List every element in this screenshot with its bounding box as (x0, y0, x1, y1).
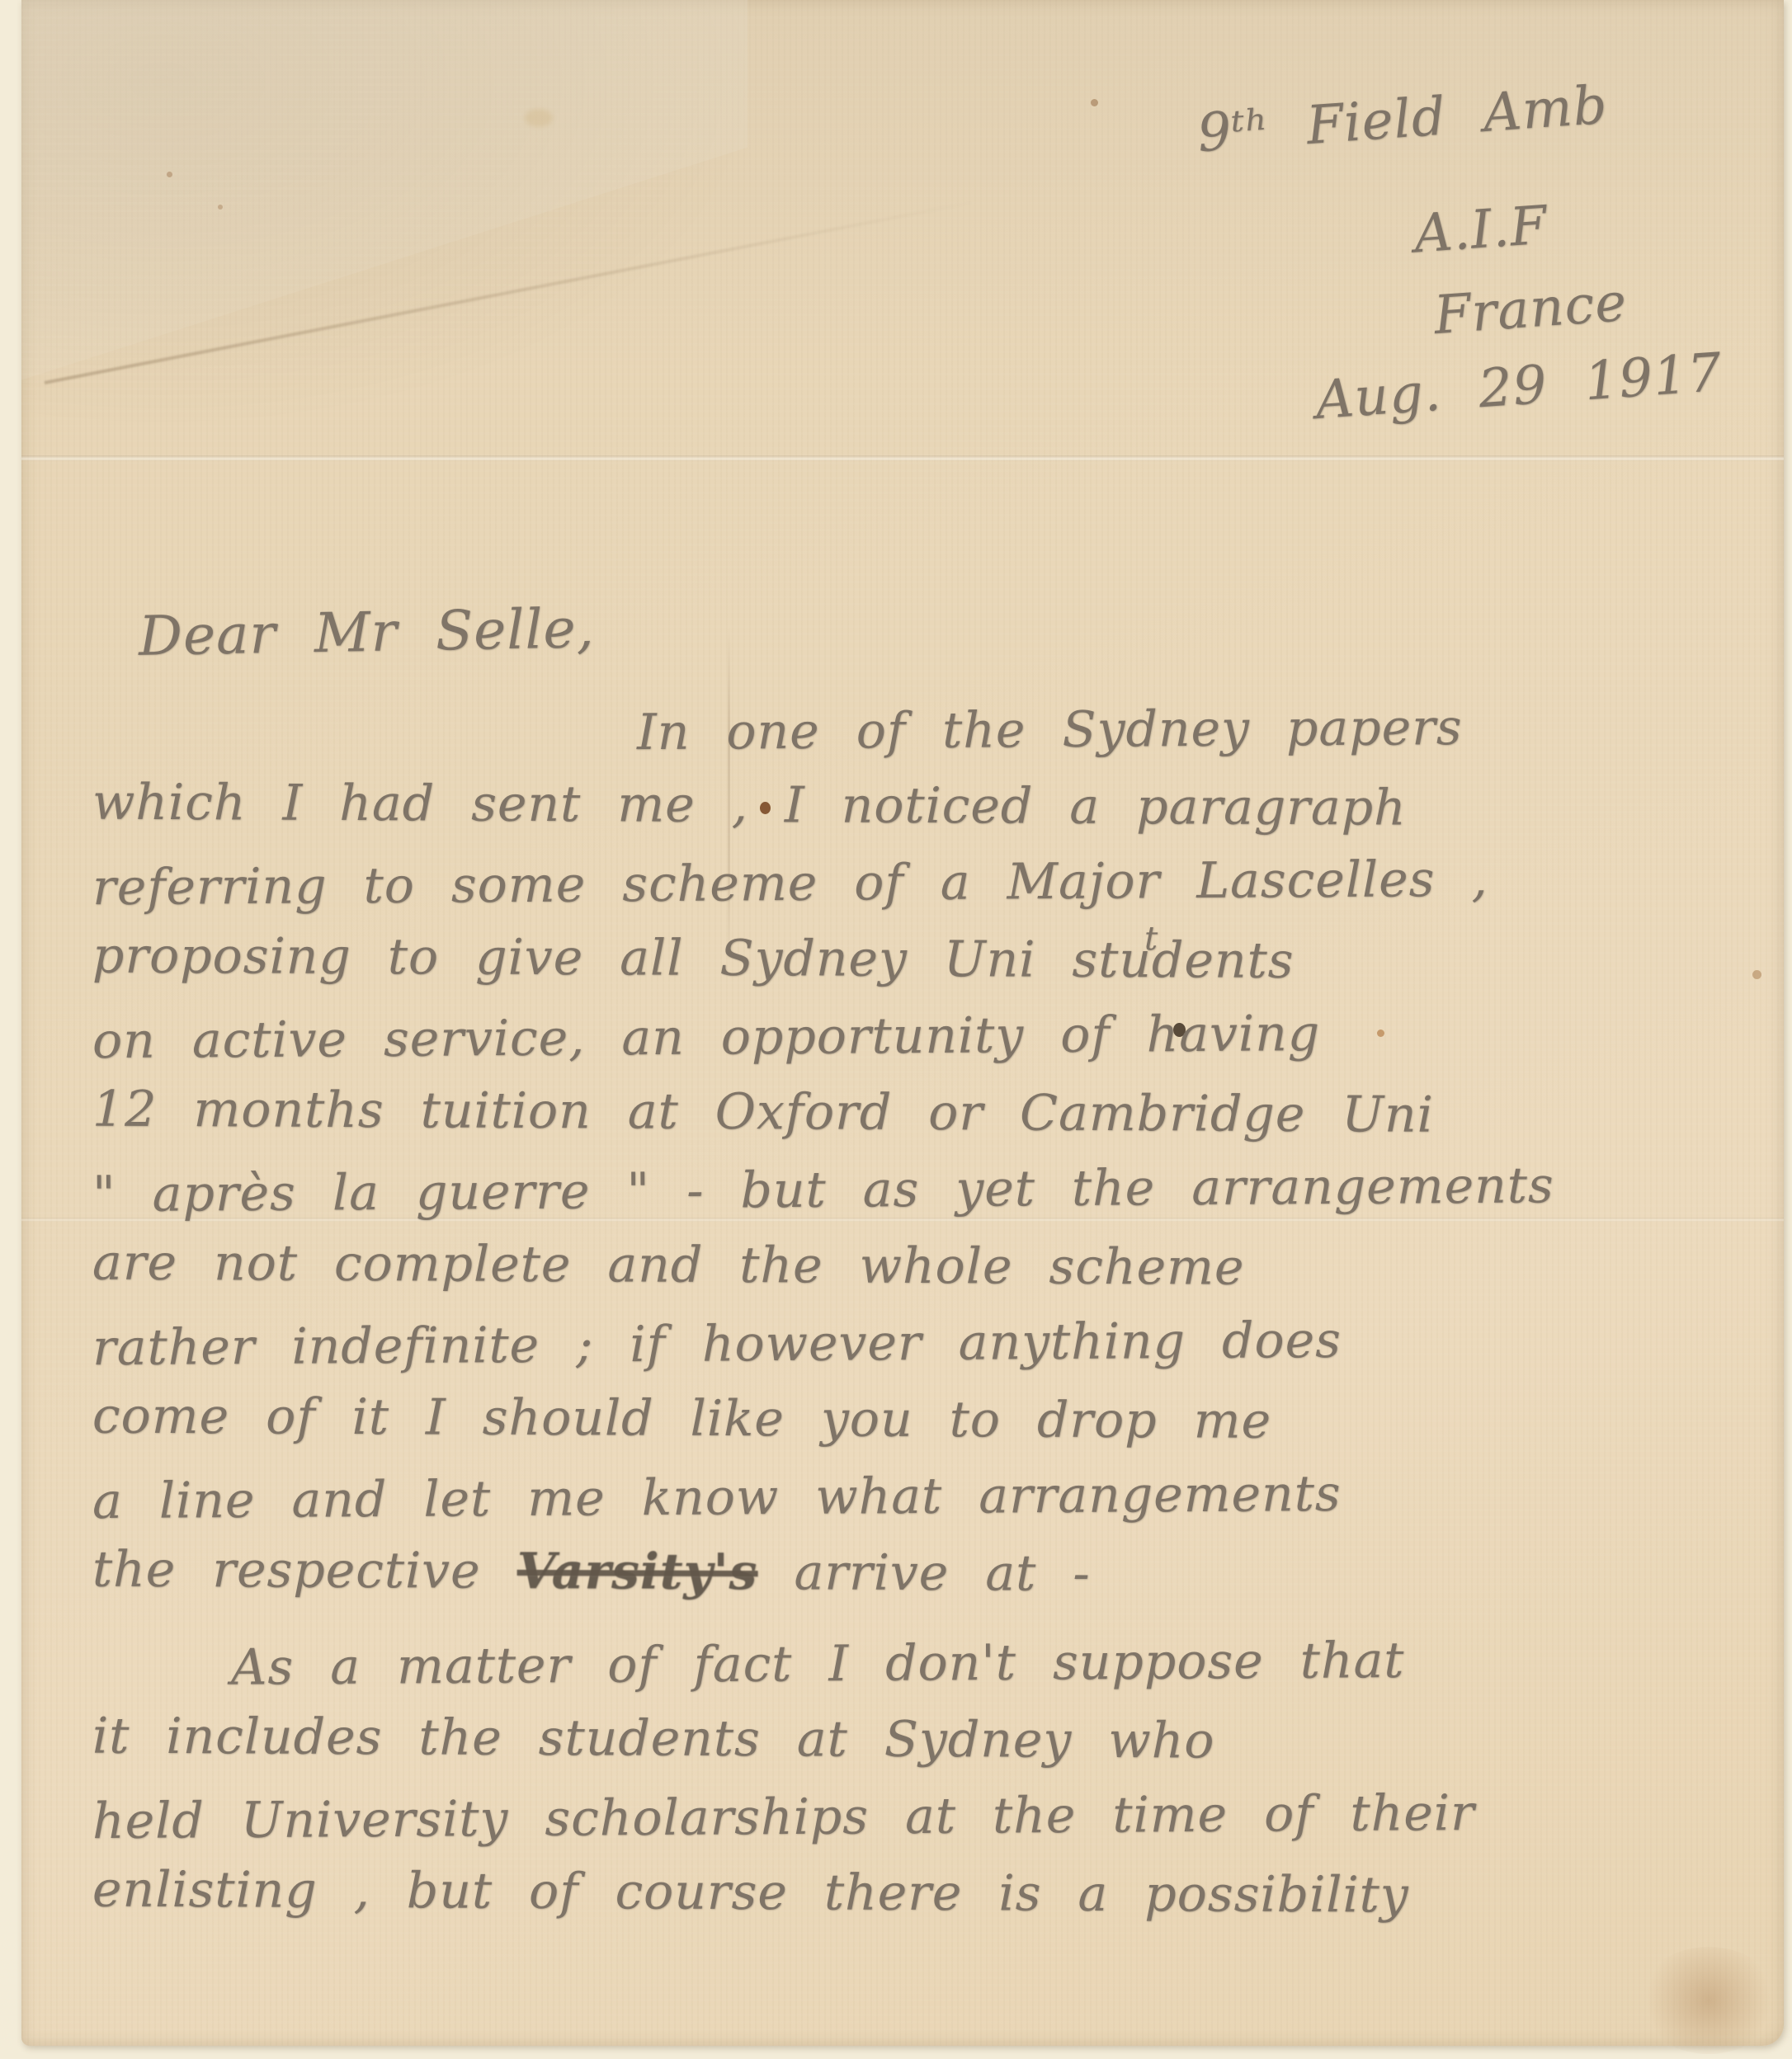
scribbled-out-word: Varsity's (516, 1543, 757, 1601)
stain-spot (1639, 1947, 1779, 2054)
header-force: A.I.F (1412, 195, 1549, 265)
body-line: on active service, an opportunity of hav… (92, 993, 1755, 1080)
insertion-mark: t (1144, 901, 1158, 978)
header-place: France (1432, 272, 1629, 346)
header-unit: 9ᵗʰ Field Amb (1195, 75, 1610, 165)
body-line: which I had sent me , I noticed a paragr… (92, 765, 1754, 849)
body-line-with-insertion: proposing to give all Sydney Uni student… (92, 918, 1754, 1002)
stain-spot (525, 109, 553, 127)
fold-crease-top (21, 455, 1784, 461)
scanned-letter-page: 9ᵗʰ Field Amb A.I.F France Aug. 29 1917 … (0, 0, 1792, 2059)
body-line: " après la guerre " - but as yet the arr… (92, 1147, 1755, 1233)
letter-paper: 9ᵗʰ Field Amb A.I.F France Aug. 29 1917 … (21, 0, 1784, 2046)
salutation: Dear Mr Selle, (138, 596, 595, 668)
fold-crease-diagonal (45, 200, 977, 384)
body-line: 12 months tuition at Oxford or Cambridge… (92, 1072, 1754, 1156)
body-line: come of it I should like you to drop me (92, 1378, 1754, 1463)
body-line: are not complete and the whole scheme (92, 1225, 1754, 1309)
body-line-text: proposing to give all Sydney Uni student… (92, 927, 1294, 990)
body-line: enlisting , but of course there is a pos… (92, 1852, 1754, 1936)
stain-spot (1091, 99, 1098, 106)
body-line: it includes the students at Sydney who (92, 1699, 1754, 1783)
stain-spot (218, 205, 223, 210)
varsity-post-text: arrive at - (794, 1543, 1090, 1603)
body-line: rather indefinite ; if however anything … (92, 1300, 1755, 1387)
body-line-opening: In one of the Sydney papers (637, 688, 1755, 771)
body-line: held University scholarships at the time… (92, 1774, 1755, 1860)
body-line-paragraph2: As a matter of fact I don't suppose that (231, 1620, 1755, 1706)
folded-corner-shading (21, 0, 747, 388)
stain-spot (167, 172, 172, 177)
header-date: Aug. 29 1917 (1313, 342, 1724, 431)
varsity-pre-text: the respective (92, 1541, 481, 1600)
body-line-varsity: the respective Varsity's arrive at - (92, 1532, 1754, 1616)
letter-body: In one of the Sydney papers which I had … (92, 691, 1754, 1932)
body-line: a line and let me know what arrangements (92, 1454, 1755, 1540)
body-line: referring to some scheme of a Major Lasc… (92, 840, 1755, 926)
